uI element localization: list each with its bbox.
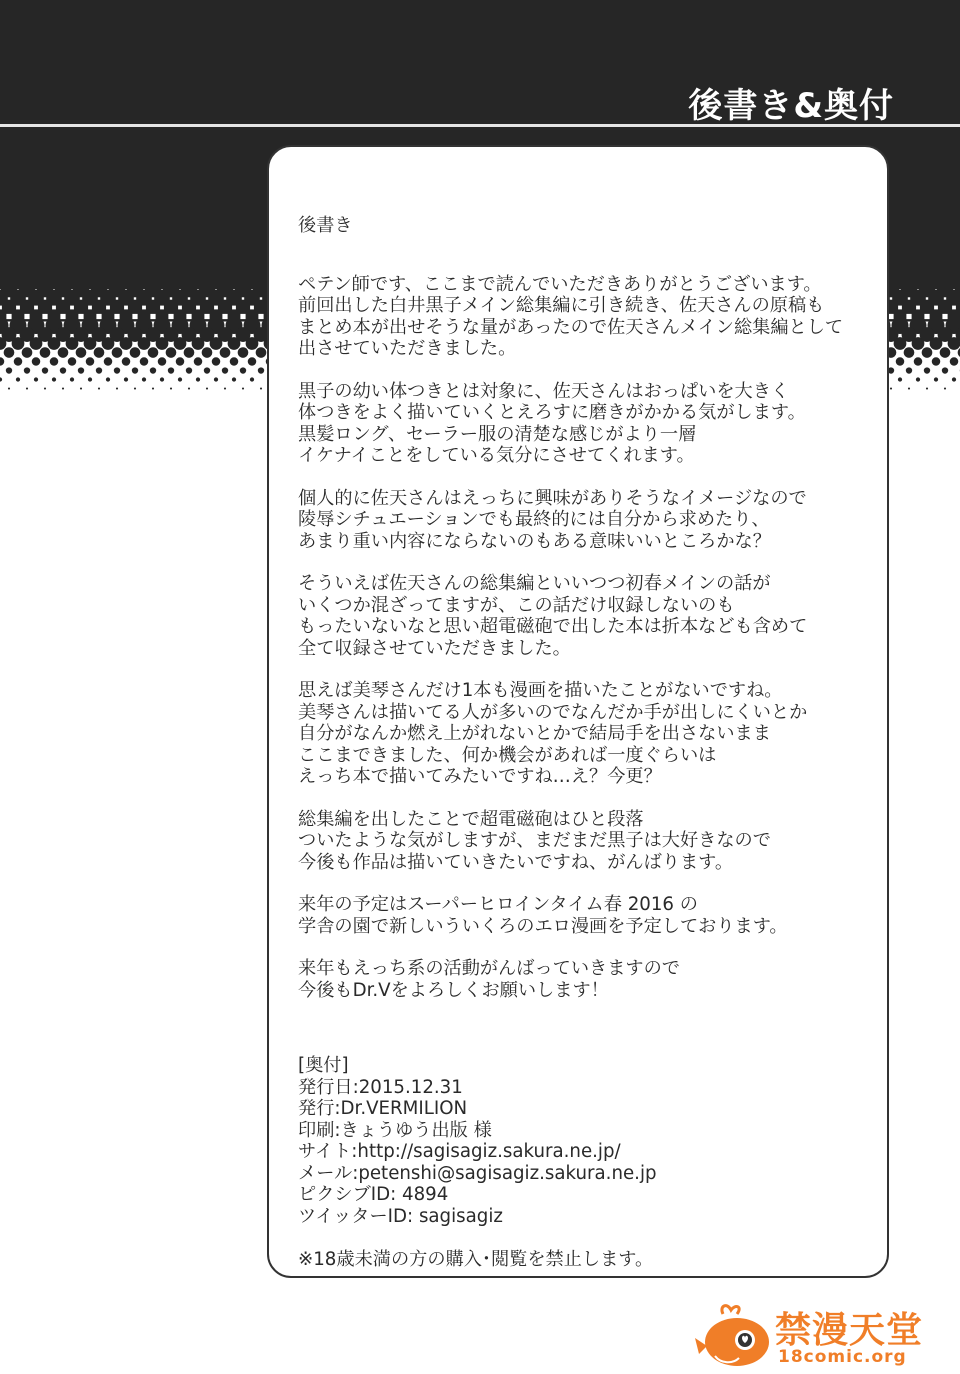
afterword-paragraph: 個人的に佐天さんはえっちに興味がありそうなイメージなので陵辱シチュエーションでも… — [298, 488, 868, 553]
colophon-line-pixiv: ピクシブID: 4894 — [298, 1184, 868, 1206]
afterword-content: 後書き ペテン師です、ここまで読んでいただきありがとうございます。前回出した白井… — [298, 215, 868, 1271]
watermark-main-text: 禁漫天堂 — [775, 1302, 923, 1353]
afterword-line: えっち本で描いてみたいですね…え？今更？ — [298, 766, 868, 788]
afterword-paragraph: 来年の予定はスーパーヒロインタイム春 2016 の学舎の園で新しいういくろのエロ… — [298, 894, 868, 937]
afterword-line: 思えば美琴さんだけ1本も漫画を描いたことがないですね。 — [298, 680, 868, 702]
afterword-paragraph: 黒子の幼い体つきとは対象に、佐天さんはおっぱいを大きく体つきをよく描いていくとえ… — [298, 381, 868, 467]
afterword-line: 黒子の幼い体つきとは対象に、佐天さんはおっぱいを大きく — [298, 381, 868, 403]
afterword-line: そういえば佐天さんの総集編といいつつ初春メインの話が — [298, 573, 868, 595]
afterword-line: ここまできました、何か機会があれば一度ぐらいは — [298, 745, 868, 767]
watermark-sub-text: 18comic.org — [778, 1347, 907, 1367]
afterword-line: 自分がなんか燃え上がれないとかで結局手を出さないまま — [298, 723, 868, 745]
colophon-heading: [奥付] — [298, 1055, 868, 1077]
afterword-line: 前回出した白井黒子メイン総集編に引き続き、佐天さんの原稿も — [298, 295, 868, 317]
afterword-line: 来年の予定はスーパーヒロインタイム春 2016 の — [298, 894, 868, 916]
afterword-line: 陵辱シチュエーションでも最終的には自分から求めたり、 — [298, 509, 868, 531]
afterword-line: ついたような気がしますが、まだまだ黒子は大好きなので — [298, 830, 868, 852]
afterword-line: 学舎の園で新しいういくろのエロ漫画を予定しております。 — [298, 916, 868, 938]
afterword-paragraph: 思えば美琴さんだけ1本も漫画を描いたことがないですね。美琴さんは描いてる人が多い… — [298, 680, 868, 788]
afterword-line: 今後もDr.Vをよろしくお願いします！ — [298, 980, 868, 1002]
colophon-line-date: 発行日:2015.12.31 — [298, 1077, 868, 1099]
colophon-line-publisher: 発行:Dr.VERMILION — [298, 1098, 868, 1120]
colophon-line-printer: 印刷:きょうゆう出版 様 — [298, 1120, 868, 1142]
title-rule — [0, 124, 960, 127]
colophon: [奥付] 発行日:2015.12.31 発行:Dr.VERMILION 印刷:き… — [298, 1055, 868, 1227]
afterword-line: 総集編を出したことで超電磁砲はひと段落 — [298, 809, 868, 831]
afterword-line: 個人的に佐天さんはえっちに興味がありそうなイメージなので — [298, 488, 868, 510]
afterword-line: 来年もえっち系の活動がんばっていきますので — [298, 958, 868, 980]
afterword-line: 黒髪ロング、セーラー服の清楚な感じがより一層 — [298, 424, 868, 446]
page-title: 後書き&奥付 — [688, 78, 894, 127]
afterword-line: 体つきをよく描いていくとえろすに磨きがかかる気がします。 — [298, 402, 868, 424]
afterword-line: もったいないなと思い超電磁砲で出した本は折本なども含めて — [298, 616, 868, 638]
afterword-line: イケナイことをしている気分にさせてくれます。 — [298, 445, 868, 467]
afterword-line: 出させていただきました。 — [298, 338, 868, 360]
afterword-line: ペテン師です、ここまで読んでいただきありがとうございます。 — [298, 274, 868, 296]
afterword-paragraph: 総集編を出したことで超電磁砲はひと段落ついたような気がしますが、まだまだ黒子は大… — [298, 809, 868, 874]
colophon-line-twitter: ツイッターID: sagisagiz — [298, 1206, 868, 1228]
afterword-paragraph: そういえば佐天さんの総集編といいつつ初春メインの話がいくつか混ざってますが、この… — [298, 573, 868, 659]
afterword-paragraph: 来年もえっち系の活動がんばっていきますので今後もDr.Vをよろしくお願いします！ — [298, 958, 868, 1001]
afterword-line: まとめ本が出せそうな量があったので佐天さんメイン総集編として — [298, 317, 868, 339]
fish-mascot-icon — [693, 1300, 775, 1370]
afterword-line: いくつか混ざってますが、この話だけ収録しないのも — [298, 595, 868, 617]
afterword-line: 全て収録させていただきました。 — [298, 638, 868, 660]
afterword-line: 今後も作品は描いていきたいですね、がんばります。 — [298, 852, 868, 874]
colophon-line-email: メール:petenshi@sagisagiz.sakura.ne.jp — [298, 1163, 868, 1185]
afterword-paragraph: ペテン師です、ここまで読んでいただきありがとうございます。前回出した白井黒子メイ… — [298, 274, 868, 360]
age-restriction-notice: ※18歳未満の方の購入･閲覧を禁止します。 — [298, 1249, 868, 1271]
watermark-logo: 禁漫天堂 18comic.org — [693, 1292, 960, 1374]
afterword-line: あまり重い内容にならないのもある意味いいところかな？ — [298, 531, 868, 553]
afterword-line: 美琴さんは描いてる人が多いのでなんだか手が出しにくいとか — [298, 702, 868, 724]
colophon-line-site: サイト:http://sagisagiz.sakura.ne.jp/ — [298, 1141, 868, 1163]
afterword-heading: 後書き — [298, 215, 868, 237]
afterword-paragraphs: ペテン師です、ここまで読んでいただきありがとうございます。前回出した白井黒子メイ… — [298, 274, 868, 1002]
